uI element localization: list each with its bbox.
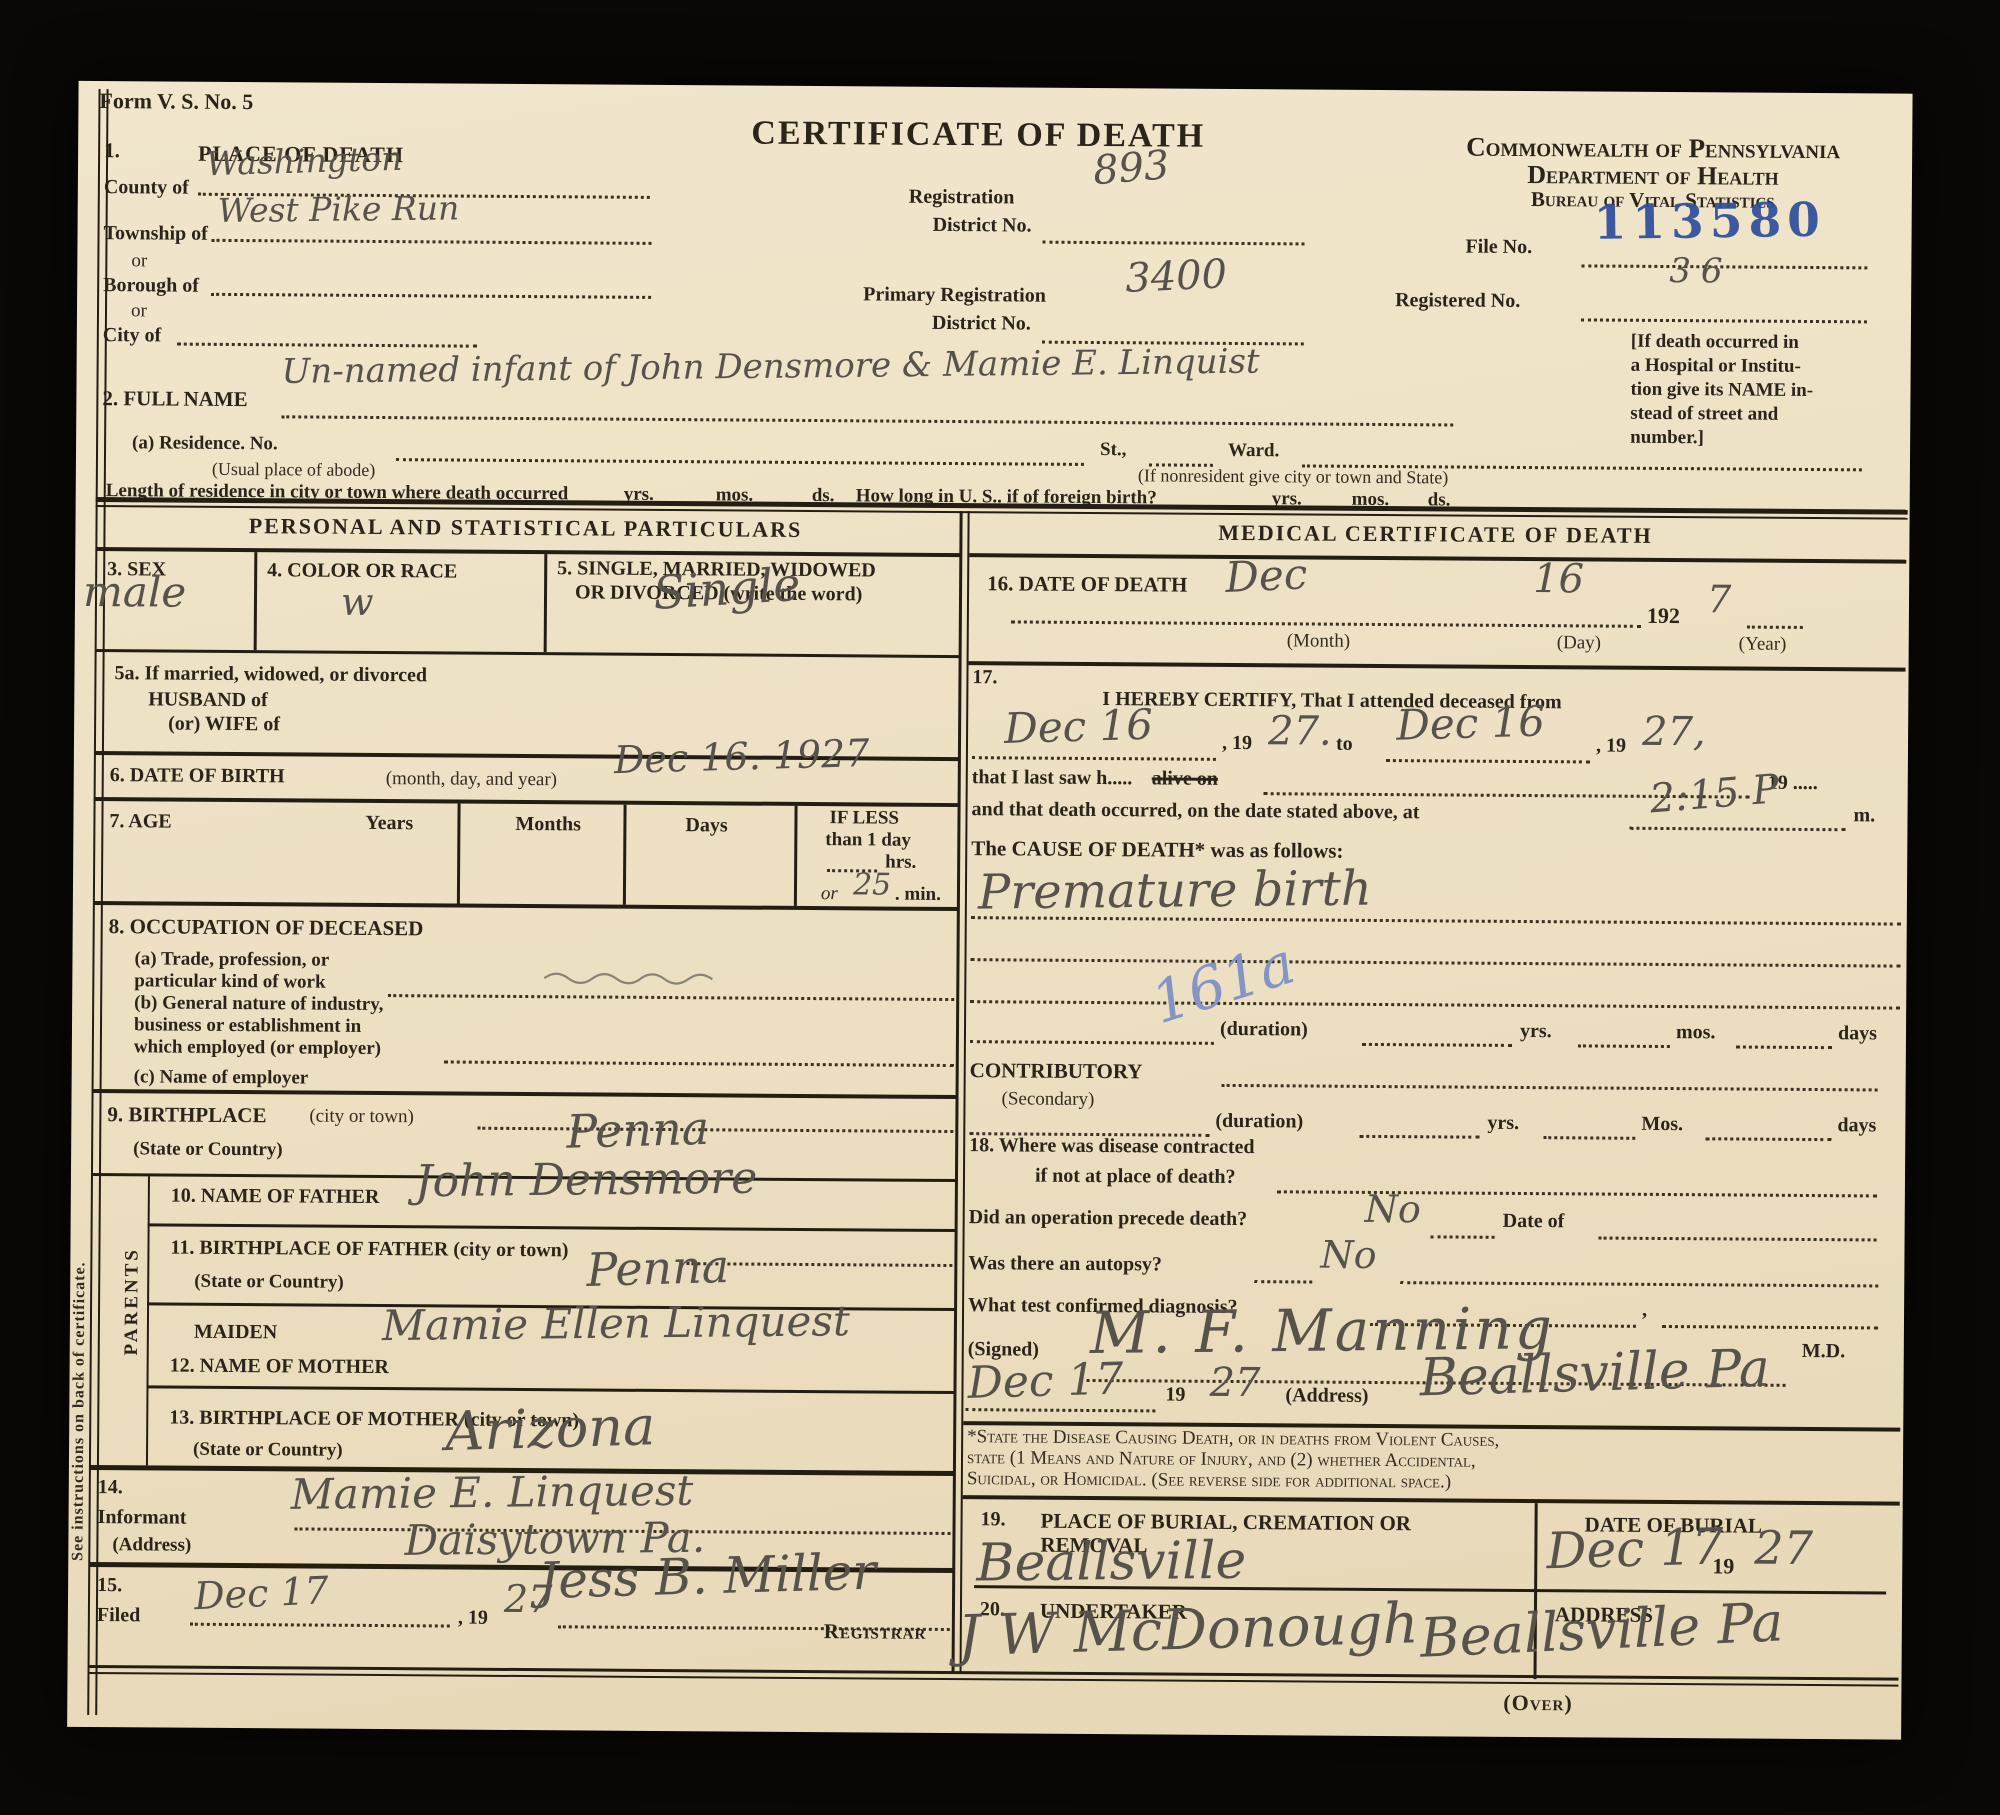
county-label: County of	[104, 177, 189, 199]
age-months-header: Months	[515, 814, 581, 835]
burial-date-value: Dec 17	[1546, 1521, 1725, 1576]
cell-divider-line	[623, 805, 627, 905]
occupation-b-line2: business or establishment in	[134, 1015, 361, 1037]
autopsy-value: No	[1320, 1236, 1376, 1274]
s5a-line3: (or) WIFE of	[168, 714, 280, 736]
autopsy-label: Was there an autopsy?	[968, 1253, 1162, 1275]
filed-label: Filed	[97, 1605, 140, 1626]
dotted-line	[970, 997, 1900, 1009]
md-label: M.D.	[1802, 1341, 1845, 1362]
township-value: West Pike Run	[218, 191, 460, 227]
dotted-line	[211, 290, 651, 299]
birthplace-label: 9. BIRTHPLACE	[107, 1103, 266, 1126]
s5a-line1: 5a. If married, widowed, or divorced	[114, 663, 427, 686]
duration2-yrs-label: yrs.	[1487, 1113, 1519, 1134]
attended-to-value: Dec 16	[1396, 701, 1546, 747]
full-name-value: Un-named infant of John Densmore & Mamie…	[281, 345, 1259, 389]
time-of-death-value: 2:15 P	[1648, 769, 1780, 819]
dotted-line	[1543, 1133, 1635, 1140]
rule-line	[969, 553, 1906, 564]
death-certificate-scan: Form V. S. No. 5 CERTIFICATE OF DEATH Co…	[0, 0, 2000, 1815]
birthplace-paren: (city or town)	[309, 1107, 414, 1128]
to-label: to	[1336, 734, 1353, 755]
age-label: 7. AGE	[109, 811, 171, 832]
if-less-line1: IF LESS	[829, 808, 899, 828]
dotted-line	[1359, 1132, 1479, 1139]
s18-line2: if not at place of death?	[1035, 1166, 1236, 1188]
rule-line	[146, 1385, 955, 1394]
burial-year-prefix: 19	[1712, 1554, 1734, 1577]
operation-label: Did an operation precede death?	[969, 1207, 1248, 1230]
occupation-c-line: (c) Name of employer	[134, 1067, 309, 1088]
dotted-line	[970, 955, 1900, 967]
primary-district-value: 3400	[1124, 254, 1228, 299]
residence-label: (a) Residence. No.	[132, 433, 278, 454]
dotted-line	[1222, 1081, 1878, 1092]
birth-date-paren: (month, day, and year)	[386, 769, 557, 790]
rule-line	[93, 1089, 958, 1099]
duration-mos-label: mos.	[1676, 1022, 1716, 1043]
dotted-line	[1254, 1277, 1312, 1283]
duration-label: (duration)	[1220, 1019, 1308, 1041]
s5a-line2: HUSBAND of	[148, 689, 268, 711]
last-saw-label: that I last saw h.....	[972, 767, 1133, 789]
death-day-value: 16	[1533, 559, 1584, 599]
registered-no-label: Registered No.	[1395, 290, 1520, 312]
dotted-line	[971, 913, 1901, 925]
dotted-line	[1705, 1134, 1831, 1141]
informant-value: Mamie E. Linquest	[291, 1470, 694, 1516]
dotted-line	[1400, 1278, 1878, 1287]
or-label: or	[821, 884, 838, 904]
dotted-line	[1362, 1040, 1512, 1047]
informant-address-label: (Address)	[112, 1535, 191, 1555]
filed-number: 15.	[97, 1575, 122, 1596]
registered-no-value: 36	[1669, 254, 1733, 288]
rule-line	[96, 649, 961, 658]
dotted-line	[477, 1124, 953, 1133]
hospital-note-line: [If death occurred in	[1631, 332, 1799, 353]
signed-address-value: Beallsville Pa	[1419, 1343, 1770, 1405]
informant-label: Informant	[98, 1507, 187, 1529]
birthplace-value: Penna	[566, 1105, 710, 1155]
dotted-line	[965, 1405, 1155, 1412]
footnote-line: Suicidal, or Homicidal. (See reverse sid…	[967, 1469, 1451, 1492]
informant-number: 14.	[98, 1477, 123, 1498]
undertaker-signature: J W McDonough	[957, 1596, 1419, 1665]
signed-year-value: 27	[1209, 1363, 1260, 1403]
dotted-line	[281, 412, 1453, 426]
personal-section-header: PERSONAL AND STATISTICAL PARTICULARS	[225, 514, 825, 541]
father-birthplace-label: 11. BIRTHPLACE OF FATHER (city or town)	[170, 1238, 568, 1262]
death-year-prefix: 192	[1647, 604, 1680, 627]
primary-district-label: District No.	[932, 313, 1031, 335]
township-label: Township of	[103, 223, 207, 245]
dotted-line	[1581, 315, 1867, 323]
father-name-value: John Densmore	[415, 1157, 758, 1205]
date-of-death-label: 16. DATE OF DEATH	[987, 572, 1187, 595]
attended-from-value: Dec 16	[1004, 704, 1154, 750]
mother-birthplace-value: Arizona	[444, 1399, 655, 1459]
file-number-stamp: 113580	[1593, 193, 1826, 251]
duration-days-label: days	[1838, 1023, 1877, 1044]
occupation-label: 8. OCCUPATION OF DECEASED	[109, 915, 424, 939]
occupation-b-line3: which employed (or employer)	[134, 1037, 381, 1059]
birth-date-label: 6. DATE OF BIRTH	[110, 765, 285, 787]
city-label: City of	[103, 325, 161, 346]
rule-line	[963, 1495, 1900, 1506]
cell-divider-line	[254, 552, 258, 650]
father-name-label: 10. NAME OF FATHER	[171, 1186, 380, 1208]
dotted-line	[1011, 617, 1641, 627]
dotted-line	[190, 1620, 450, 1628]
operation-date-of-label: Date of	[1503, 1211, 1565, 1232]
rule-line	[148, 1223, 957, 1232]
secondary-label: (Secondary)	[1001, 1089, 1094, 1110]
cell-divider-line	[457, 804, 461, 904]
s18-line1: 18. Where was disease contracted	[969, 1135, 1254, 1158]
birthplace-state-label: (State or Country)	[133, 1139, 283, 1160]
from-year-prefix: , 19	[1222, 733, 1252, 754]
parents-divider-line	[146, 1176, 150, 1465]
duration2-days-label: days	[1837, 1115, 1876, 1136]
m-label: m.	[1853, 805, 1875, 826]
from-year-value: 27.	[1268, 711, 1332, 751]
cell-divider-line	[794, 806, 798, 906]
operation-value: No	[1365, 1190, 1421, 1228]
dotted-line	[177, 340, 477, 348]
dotted-line	[1629, 824, 1845, 832]
cause-of-death-label: The CAUSE OF DEATH* was as follows:	[971, 837, 1343, 862]
year-caption: (Year)	[1739, 634, 1787, 654]
dotted-line	[444, 1057, 954, 1067]
borough-label: Borough of	[103, 275, 199, 297]
rule-line	[96, 547, 961, 557]
undertaker-address-value: Beallsville Pa	[1419, 1595, 1785, 1665]
registration-district-value: 893	[1092, 145, 1171, 191]
ward-label: Ward.	[1228, 441, 1279, 461]
dotted-line	[1599, 1234, 1877, 1242]
or-label-1: or	[131, 251, 147, 271]
medical-section-header: MEDICAL CERTIFICATE OF DEATH	[1135, 520, 1735, 547]
over-label: (Over)	[1503, 1691, 1573, 1715]
hospital-note-line: a Hospital or Institu-	[1631, 356, 1801, 377]
section17-number: 17.	[972, 667, 997, 688]
registrar-label: Registrar	[824, 1620, 927, 1643]
registration-label: Registration	[909, 187, 1015, 209]
test-comma: ,	[1642, 1300, 1647, 1321]
signed-year-prefix: 19	[1165, 1385, 1185, 1406]
registrar-signature: Jess B. Miller	[538, 1547, 877, 1606]
page-title: CERTIFICATE OF DEATH	[698, 115, 1258, 155]
dotted-line	[396, 455, 1084, 466]
mother-birthplace-state-label: (State or Country)	[193, 1440, 343, 1461]
mother-name-label: 12. NAME OF MOTHER	[170, 1356, 389, 1379]
nonresident-note: (If nonresident give city or town and St…	[1138, 466, 1449, 487]
file-no-label: File No.	[1465, 237, 1532, 258]
cell-divider-line	[544, 554, 548, 652]
age-days-header: Days	[685, 815, 727, 836]
if-less-line2: than 1 day	[825, 830, 911, 851]
death-occurred-label: and that death occurred, on the date sta…	[971, 799, 1419, 823]
burial-year-value: 27	[1754, 1525, 1813, 1571]
marital-value: Single	[652, 561, 802, 616]
father-birthplace-value: Penna	[586, 1243, 730, 1293]
age-years-header: Years	[365, 813, 413, 834]
dotted-line	[1747, 623, 1803, 629]
duration2-label: (duration)	[1215, 1111, 1303, 1133]
day-caption: (Day)	[1557, 633, 1601, 653]
death-month-value: Dec	[1224, 553, 1308, 599]
section1-number: 1.	[104, 139, 120, 161]
death-year-value: 7	[1707, 580, 1731, 618]
hospital-note-line: number.]	[1630, 428, 1704, 448]
county-value: Washington	[206, 142, 403, 180]
burial-place-number: 19.	[981, 1509, 1006, 1530]
contributory-label: CONTRIBUTORY	[970, 1059, 1143, 1082]
duration2-mos-label: Mos.	[1641, 1114, 1683, 1135]
form-number: Form V. S. No. 5	[99, 89, 253, 113]
filed-year-prefix: , 19	[458, 1608, 488, 1629]
street-label: St.,	[1100, 440, 1127, 460]
dotted-line	[1736, 1042, 1832, 1049]
dotted-line	[1431, 1232, 1495, 1238]
agency-line-2: Department of Health	[1408, 160, 1898, 191]
dotted-line	[1578, 1041, 1670, 1048]
duration-yrs-label: yrs.	[1520, 1021, 1552, 1042]
certificate-paper: Form V. S. No. 5 CERTIFICATE OF DEATH Co…	[67, 81, 1912, 1740]
to-year-prefix: , 19	[1596, 736, 1626, 757]
rule-line	[969, 661, 1906, 672]
or-label-2: or	[131, 301, 147, 321]
color-race-value: w	[341, 583, 374, 621]
mother-name-value: Mamie Ellen Linquest	[382, 1300, 850, 1347]
hospital-note-line: tion give its NAME in-	[1630, 380, 1813, 401]
father-birthplace-state-label: (State or Country)	[194, 1272, 344, 1293]
sex-value: male	[83, 571, 186, 614]
pencil-squiggle-mark	[542, 968, 732, 985]
signed-address-label: (Address)	[1285, 1385, 1368, 1407]
burial-place-value: Beallsville	[976, 1535, 1247, 1590]
occupation-a-line2: particular kind of work	[134, 971, 325, 992]
dotted-line	[972, 753, 1216, 761]
filed-date-value: Dec 17	[193, 1571, 329, 1615]
signed-date-value: Dec 17	[967, 1358, 1124, 1406]
minutes-value: 25	[853, 870, 891, 900]
dotted-line	[1043, 238, 1305, 246]
hospital-note-line: stead of street and	[1630, 404, 1778, 425]
dotted-line	[1386, 756, 1590, 763]
maiden-label: MAIDEN	[194, 1322, 277, 1344]
min-label: . min.	[895, 885, 941, 905]
to-year-value: 27,	[1642, 712, 1706, 752]
birth-date-value: Dec 16. 1927	[613, 734, 870, 779]
dotted-line	[388, 991, 954, 1001]
rule-line	[95, 797, 960, 807]
alive-on-struck-text: alive on	[1152, 768, 1218, 789]
occupation-a-line1: (a) Trade, profession, or	[134, 949, 329, 970]
dotted-line	[211, 236, 651, 245]
occupation-b-line1: (b) General nature of industry,	[134, 993, 383, 1015]
dotted-line	[970, 1037, 1214, 1045]
abode-note: (Usual place of abode)	[212, 460, 376, 480]
parents-vertical-label: PARENTS	[122, 1247, 143, 1355]
agency-line-1: Commonwealth of Pennsylvania	[1408, 132, 1898, 164]
dotted-line	[1662, 1322, 1878, 1330]
cause-of-death-value: Premature birth	[978, 865, 1372, 917]
full-name-label: 2. FULL NAME	[102, 387, 247, 410]
registration-district-label: District No.	[933, 215, 1032, 237]
primary-registration-label: Primary Registration	[863, 284, 1046, 306]
month-caption: (Month)	[1287, 631, 1350, 651]
